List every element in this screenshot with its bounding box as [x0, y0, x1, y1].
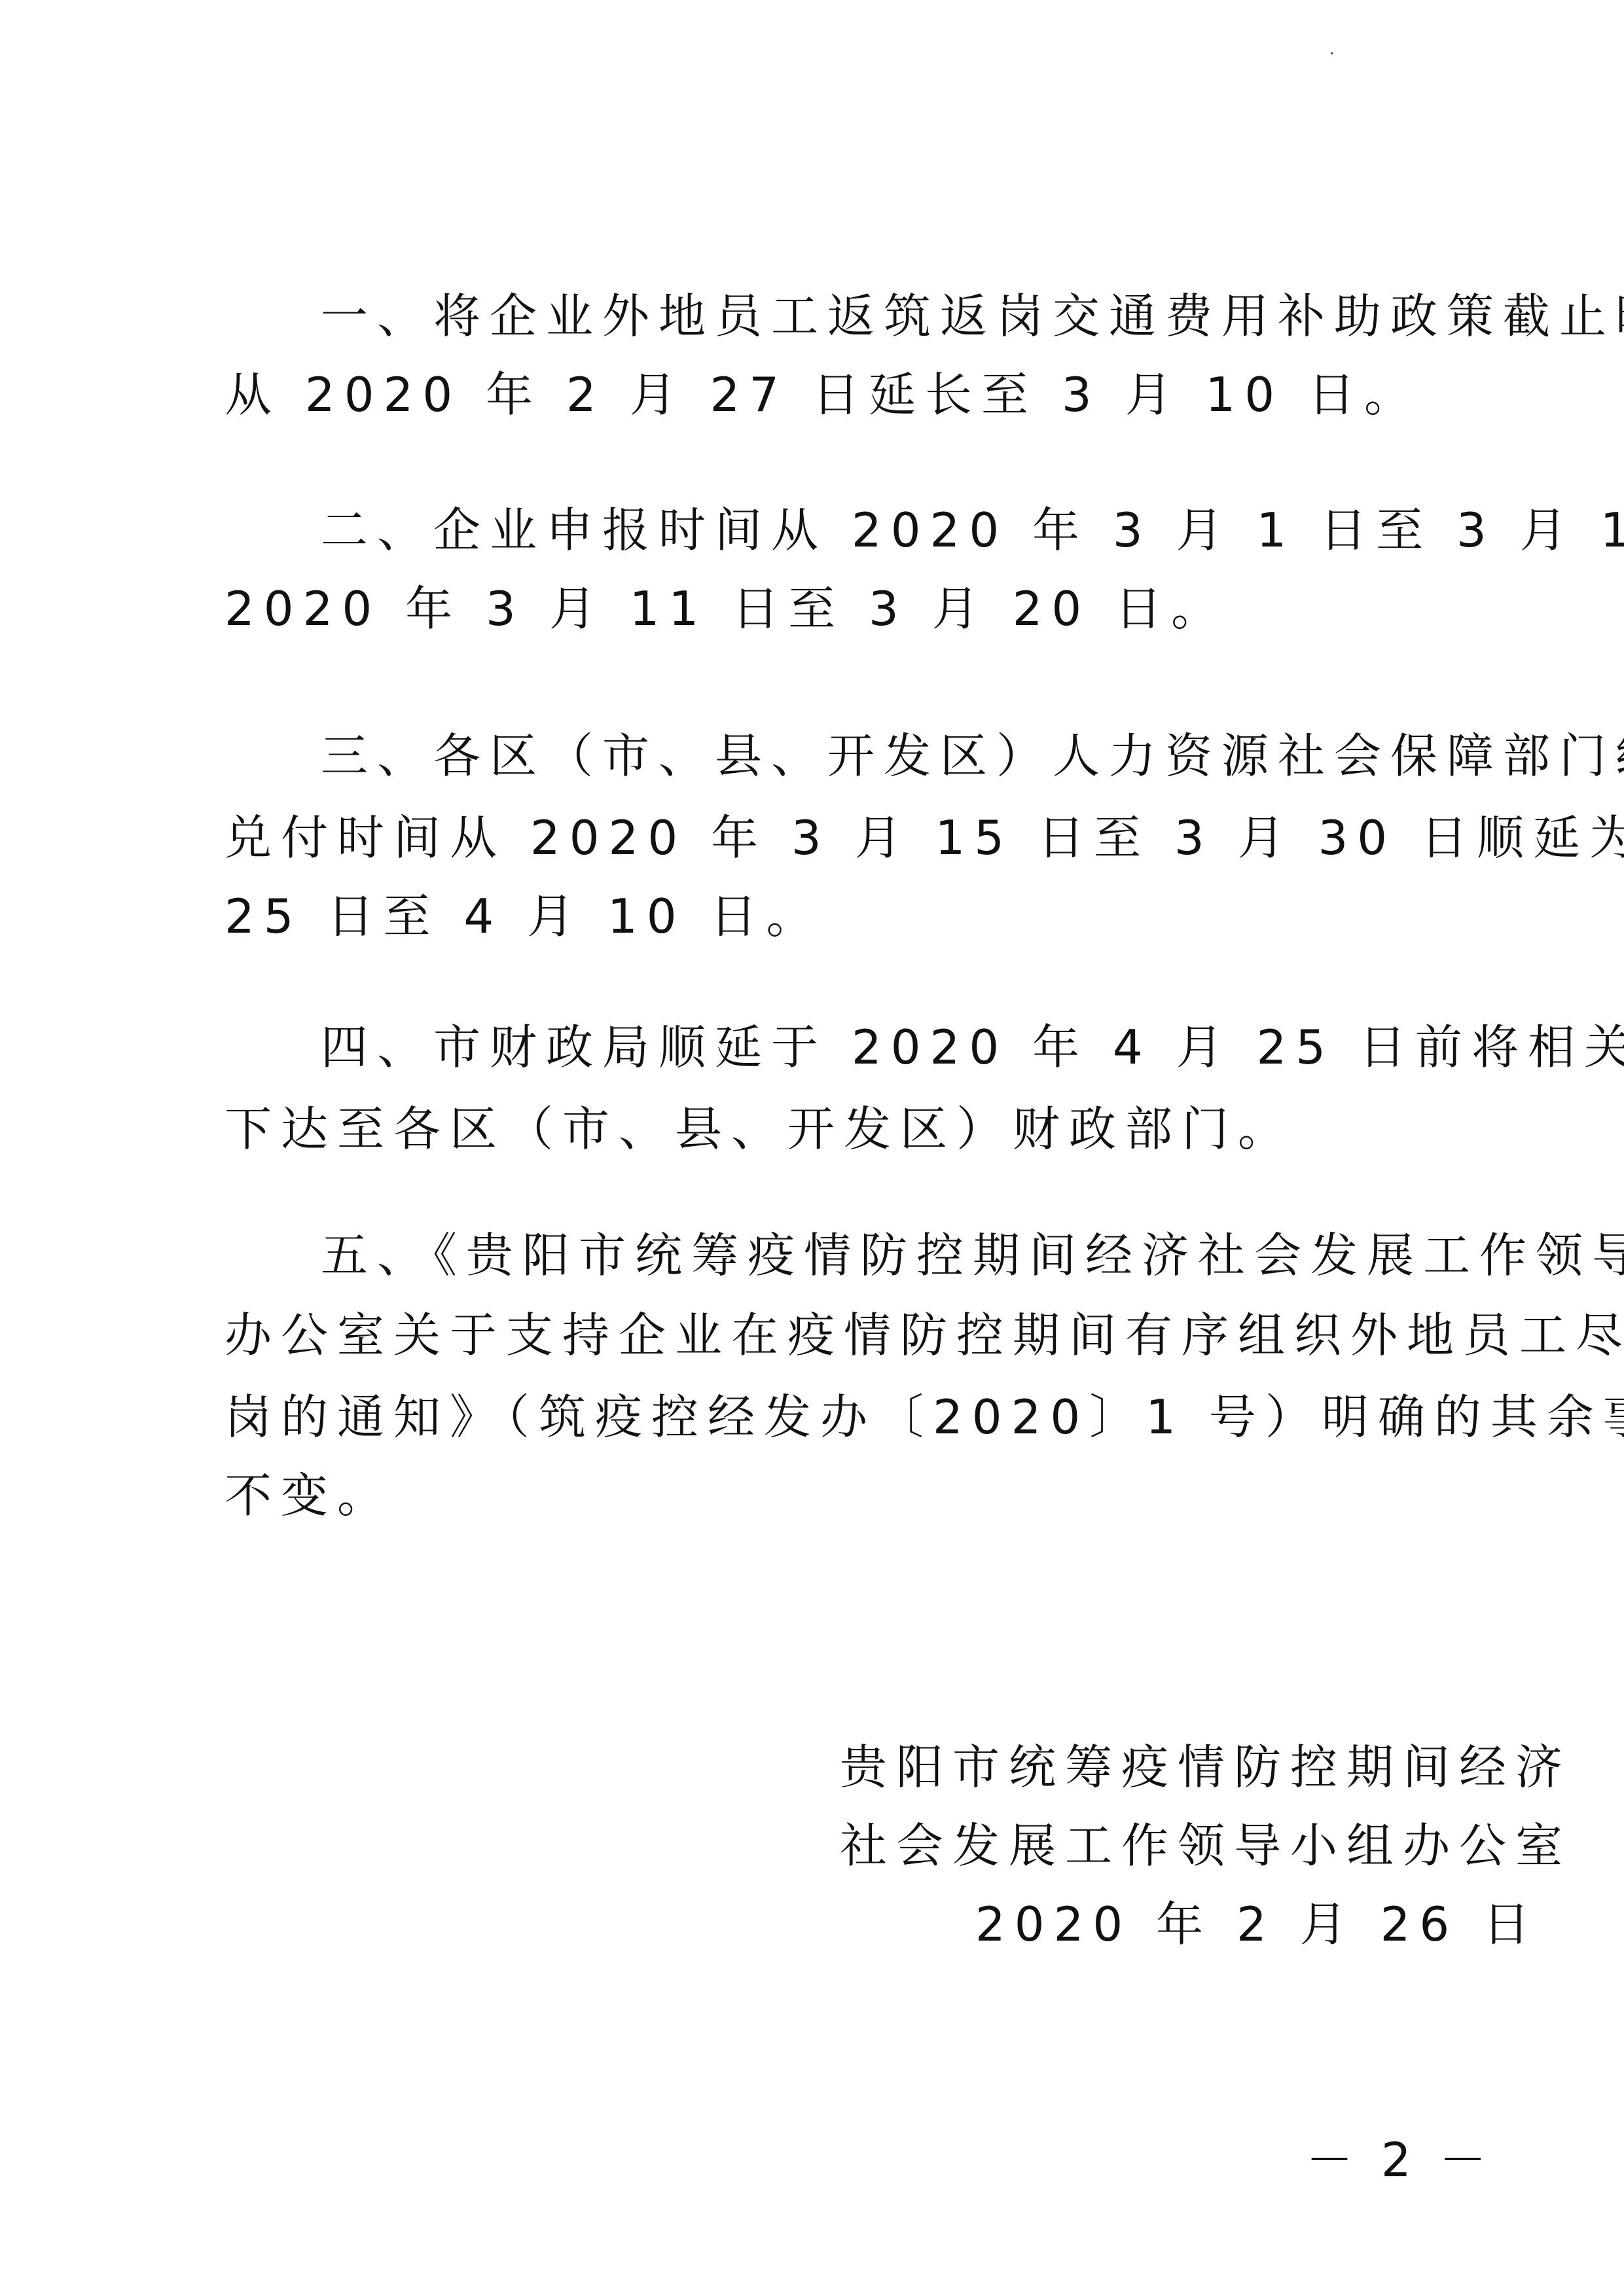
page-number: － 2 －: [1306, 2130, 1493, 2189]
item-4-line-1: 四、市财政局顺延于 2020 年 4 月 25 日前将相关补助资金: [321, 1018, 1413, 1077]
item-5-line-2: 办公室关于支持企业在疫情防控期间有序组织外地员工尽快返: [225, 1306, 1413, 1365]
item-3-line-1: 三、各区（市、县、开发区）人力资源社会保障部门组织: [321, 726, 1413, 785]
document-page: 一、将企业外地员工返筑返岗交通费用补助政策截止时间 从 2020 年 2 月 2…: [0, 0, 1624, 2296]
item-5-line-4: 不变。: [225, 1466, 1413, 1525]
item-2-line-1: 二、企业申报时间从 2020 年 3 月 1 日至 3 月 10 日顺延为: [321, 501, 1413, 560]
item-3-line-2: 兑付时间从 2020 年 3 月 15 日至 3 月 30 日顺延为 2020 …: [225, 808, 1413, 867]
signature-org-line-2: 社会发展工作领导小组办公室: [840, 1816, 1572, 1875]
item-2-line-2: 2020 年 3 月 11 日至 3 月 20 日。: [225, 579, 1413, 638]
item-4-line-2: 下达至各区（市、县、开发区）财政部门。: [225, 1100, 1413, 1158]
item-5-line-3: 岗的通知》（筑疫控经发办〔2020〕1 号）明确的其余事项保持: [225, 1388, 1413, 1446]
item-5-line-1: 五、《贵阳市统筹疫情防控期间经济社会发展工作领导小组: [321, 1226, 1413, 1285]
signature-org-line-1: 贵阳市统筹疫情防控期间经济: [840, 1738, 1572, 1797]
item-3-line-3: 25 日至 4 月 10 日。: [225, 887, 1413, 946]
item-1-line-1: 一、将企业外地员工返筑返岗交通费用补助政策截止时间: [321, 287, 1413, 346]
scan-speck: [1331, 52, 1333, 54]
signature-date: 2020 年 2 月 26 日: [975, 1895, 1539, 1954]
item-1-line-2: 从 2020 年 2 月 27 日延长至 3 月 10 日。: [225, 365, 1413, 424]
